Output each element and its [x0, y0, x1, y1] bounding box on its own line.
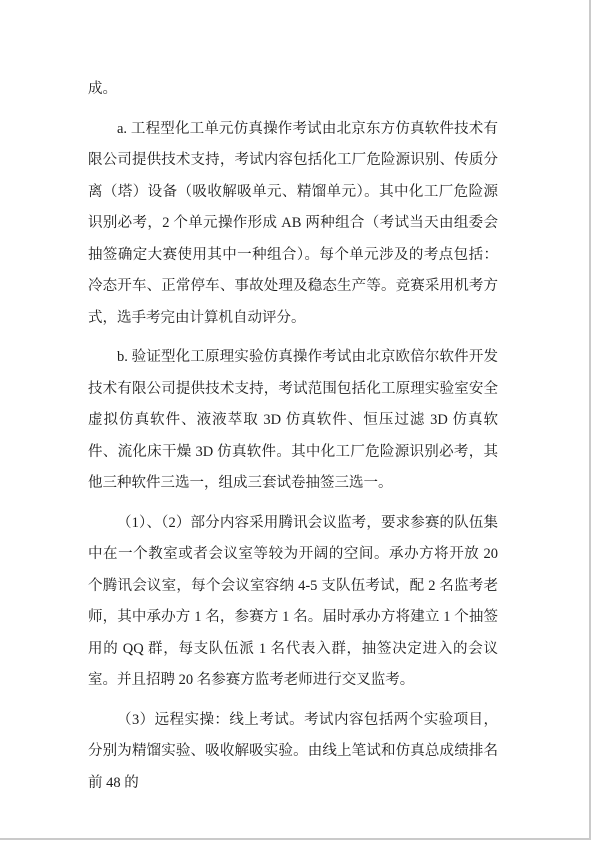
document-viewport: 成。 a. 工程型化工单元仿真操作考试由北京东方仿真软件技术有限公司提供技术支持… [0, 0, 597, 843]
paragraph-3: （3）远程实操：线上考试。考试内容包括两个实验项目，分别为精馏实验、吸收解吸实验… [88, 705, 498, 800]
paragraph-a: a. 工程型化工单元仿真操作考试由北京东方仿真软件技术有限公司提供技术支持，考试… [88, 114, 498, 335]
paragraph-continuation: 成。 [88, 74, 498, 106]
paragraph-b: b. 验证型化工原理实验仿真操作考试由北京欧倍尔软件开发技术有限公司提供技术支持… [88, 342, 498, 500]
paragraph-1-2: （1）、（2）部分内容采用腾讯会议监考，要求参赛的队伍集中在一个教室或者会议室等… [88, 508, 498, 697]
page-text-block: 成。 a. 工程型化工单元仿真操作考试由北京东方仿真软件技术有限公司提供技术支持… [88, 74, 498, 799]
document-page: 成。 a. 工程型化工单元仿真操作考试由北京东方仿真软件技术有限公司提供技术支持… [0, 0, 591, 840]
